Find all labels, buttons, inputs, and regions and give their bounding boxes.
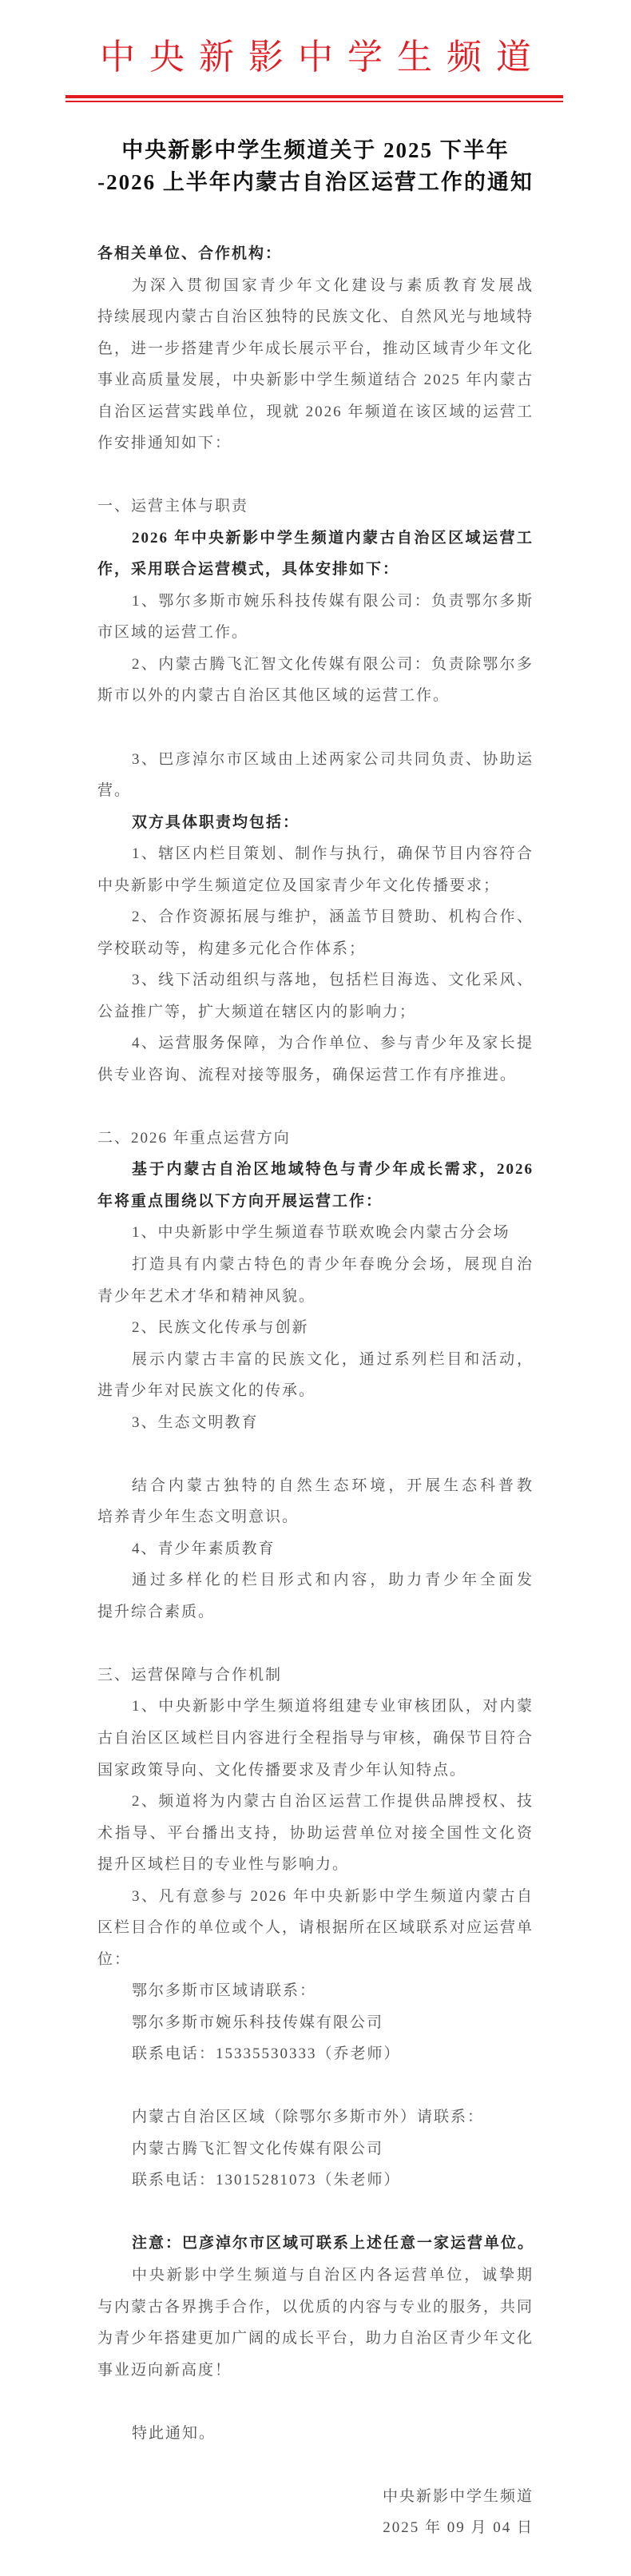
text-line: 2026 年中央新影中学生频道内蒙古自治区区域运营工 <box>97 523 534 555</box>
text-line: 位： <box>97 1944 534 1976</box>
text-line: 持续展现内蒙古自治区独特的民族文化、自然风光与地域特 <box>97 301 534 333</box>
contact: 鄂尔多斯市区域请联系： <box>97 1975 534 2007</box>
paragraph: 3、线下活动组织与落地，包括栏目海选、文化采风、公益推广等，扩大频道在辖区内的影… <box>97 964 534 1028</box>
text-line <box>97 712 534 744</box>
blank-line <box>97 1091 534 1123</box>
text-line: 3、巴彦淖尔市区域由上述两家公司共同负责、协助运 <box>97 744 534 776</box>
contact: 联系电话：13015281073（朱老师） <box>97 2165 534 2196</box>
sub-heading: 1、中央新影中学生频道春节联欢晚会内蒙古分会场 <box>97 1217 534 1249</box>
text-line <box>97 459 534 491</box>
text-line: 市区域的运营工作。 <box>97 617 534 649</box>
text-line: 营。 <box>97 775 534 807</box>
paragraph: 双方具体职责均包括： <box>97 807 534 839</box>
sub-heading: 3、生态文明教育 <box>97 1407 534 1439</box>
text-line: 展示内蒙古丰富的民族文化，通过系列栏目和活动，促 <box>97 1344 534 1376</box>
paragraph: 展示内蒙古丰富的民族文化，通过系列栏目和活动，促进青少年对民族文化的传承。 <box>97 1344 534 1407</box>
text-line: 区栏目合作的单位或个人，请根据所在区域联系对应运营单 <box>97 1912 534 1944</box>
text-line: 事业高质量发展，中央新影中学生频道结合 2025 年内蒙古 <box>97 364 534 396</box>
text-line: 2025 年 09 月 04 日 <box>97 2512 534 2544</box>
text-line: 1、中央新影中学生频道春节联欢晚会内蒙古分会场 <box>97 1217 534 1249</box>
text-line: 特此通知。 <box>97 2418 534 2450</box>
masthead-rule-thin <box>65 101 563 102</box>
text-line: 联系电话：15335530333（乔老师） <box>97 2038 534 2070</box>
blank-line <box>97 459 534 491</box>
text-line <box>97 1438 534 1470</box>
contact: 内蒙古自治区区域（除鄂尔多斯市外）请联系： <box>97 2101 534 2133</box>
text-line <box>97 2070 534 2102</box>
contact: 内蒙古腾飞汇智文化传媒有限公司 <box>97 2133 534 2165</box>
section-heading: 二、2026 年重点运营方向 <box>97 1123 534 1155</box>
text-line <box>97 2386 534 2418</box>
paragraph: 1、鄂尔多斯市婉乐科技传媒有限公司：负责鄂尔多斯市区域的运营工作。 <box>97 586 534 649</box>
text-line: 自治区运营实践单位，现就 2026 年频道在该区域的运营工 <box>97 396 534 428</box>
text-line: 与内蒙古各界携手合作，以优质的内容与专业的服务，共同 <box>97 2292 534 2324</box>
document-body: 各相关单位、合作机构：为深入贯彻国家青少年文化建设与素质教育发展战略，持续展现内… <box>97 238 534 2544</box>
date: 2025 年 09 月 04 日 <box>97 2512 534 2544</box>
paragraph: 1、辖区内栏目策划、制作与执行，确保节目内容符合中央新影中学生频道定位及国家青少… <box>97 838 534 901</box>
blank-line <box>97 712 534 744</box>
paragraph: 2、合作资源拓展与维护，涵盖节目赞助、机构合作、学校联动等，构建多元化合作体系； <box>97 901 534 964</box>
sub-heading: 2、民族文化传承与创新 <box>97 1312 534 1344</box>
text-line: 提升综合素质。 <box>97 1596 534 1628</box>
section-heading: 三、运营保障与合作机制 <box>97 1660 534 1691</box>
text-line: 作，采用联合运营模式，具体安排如下： <box>97 554 534 586</box>
text-line <box>97 1091 534 1123</box>
paragraph: 2、内蒙古腾飞汇智文化传媒有限公司：负责除鄂尔多斯市以外的内蒙古自治区其他区域的… <box>97 649 534 712</box>
text-line: 内蒙古腾飞汇智文化传媒有限公司 <box>97 2133 534 2165</box>
text-line: 打造具有内蒙古特色的青少年春晚分会场，展现自治区 <box>97 1249 534 1281</box>
paragraph: 2026 年中央新影中学生频道内蒙古自治区区域运营工作，采用联合运营模式，具体安… <box>97 523 534 586</box>
signature: 中央新影中学生频道 <box>97 2481 534 2513</box>
text-line <box>97 2449 534 2481</box>
paragraph: 1、中央新影中学生频道将组建专业审核团队，对内蒙古自治区区域栏目内容进行全程指导… <box>97 1691 534 1786</box>
text-line <box>97 2196 534 2228</box>
text-line: 三、运营保障与合作机制 <box>97 1660 534 1691</box>
text-line: 中央新影中学生频道与自治区内各运营单位，诚挚期待 <box>97 2260 534 2292</box>
text-line: 学校联动等，构建多元化合作体系； <box>97 933 534 965</box>
document-title-line-2: -2026 上半年内蒙古自治区运营工作的通知 <box>0 167 631 199</box>
paragraph: 通过多样化的栏目形式和内容，助力青少年全面发展，提升综合素质。 <box>97 1564 534 1628</box>
text-line: 色，进一步搭建青少年成长展示平台，推动区域青少年文化 <box>97 333 534 365</box>
contact: 联系电话：15335530333（乔老师） <box>97 2038 534 2070</box>
text-line: 中央新影中学生频道 <box>97 2481 534 2513</box>
text-line: 事业迈向新高度！ <box>97 2355 534 2387</box>
text-line: 3、线下活动组织与落地，包括栏目海选、文化采风、 <box>97 964 534 996</box>
text-line: 4、运营服务保障，为合作单位、参与青少年及家长提 <box>97 1028 534 1059</box>
text-line: 古自治区区域栏目内容进行全程指导与审核，确保节目符合 <box>97 1723 534 1755</box>
notice: 注意：巴彦淖尔市区域可联系上述任意一家运营单位。 <box>97 2228 534 2260</box>
text-line: 作安排通知如下： <box>97 427 534 459</box>
text-line: 公益推广等，扩大频道在辖区内的影响力； <box>97 996 534 1028</box>
text-line: 2、内蒙古腾飞汇智文化传媒有限公司：负责除鄂尔多 <box>97 649 534 681</box>
document-title: 中央新影中学生频道关于 2025 下半年 -2026 上半年内蒙古自治区运营工作… <box>0 135 631 198</box>
blank-line <box>97 2386 534 2418</box>
paragraph: 基于内蒙古自治区地域特色与青少年成长需求，2026年将重点围绕以下方向开展运营工… <box>97 1154 534 1217</box>
text-line: 一、运营主体与职责 <box>97 491 534 523</box>
text-line: 基于内蒙古自治区地域特色与青少年成长需求，2026 <box>97 1154 534 1186</box>
masthead-title: 中央新影中学生频道 <box>0 35 631 80</box>
paragraph: 打造具有内蒙古特色的青少年春晚分会场，展现自治区青少年艺术才华和精神风貌。 <box>97 1249 534 1312</box>
text-line: 年将重点围绕以下方向开展运营工作： <box>97 1186 534 1218</box>
text-line: 通过多样化的栏目形式和内容，助力青少年全面发展， <box>97 1564 534 1596</box>
text-line: 2、合作资源拓展与维护，涵盖节目赞助、机构合作、 <box>97 901 534 933</box>
text-line: 鄂尔多斯市婉乐科技传媒有限公司 <box>97 2007 534 2039</box>
blank-line <box>97 2196 534 2228</box>
text-line: 3、生态文明教育 <box>97 1407 534 1439</box>
text-line: 注意：巴彦淖尔市区域可联系上述任意一家运营单位。 <box>97 2228 534 2260</box>
text-line: 2、频道将为内蒙古自治区运营工作提供品牌授权、技 <box>97 1786 534 1818</box>
closing: 特此通知。 <box>97 2418 534 2450</box>
contact: 鄂尔多斯市婉乐科技传媒有限公司 <box>97 2007 534 2039</box>
paragraph: 4、运营服务保障，为合作单位、参与青少年及家长提供专业咨询、流程对接等服务，确保… <box>97 1028 534 1091</box>
paragraph: 3、巴彦淖尔市区域由上述两家公司共同负责、协助运营。 <box>97 744 534 807</box>
text-line: 2、民族文化传承与创新 <box>97 1312 534 1344</box>
text-line: 进青少年对民族文化的传承。 <box>97 1375 534 1407</box>
blank-line <box>97 2070 534 2102</box>
paragraph: 结合内蒙古独特的自然生态环境，开展生态科普教育，培养青少年生态文明意识。 <box>97 1470 534 1533</box>
paragraph: 中央新影中学生频道与自治区内各运营单位，诚挚期待与内蒙古各界携手合作，以优质的内… <box>97 2260 534 2386</box>
paragraph: 为深入贯彻国家青少年文化建设与素质教育发展战略，持续展现内蒙古自治区独特的民族文… <box>97 270 534 459</box>
text-line: 联系电话：13015281073（朱老师） <box>97 2165 534 2196</box>
text-line: 3、凡有意参与 2026 年中央新影中学生频道内蒙古自治 <box>97 1881 534 1913</box>
text-line: 供专业咨询、流程对接等服务，确保运营工作有序推进。 <box>97 1059 534 1091</box>
blank-line <box>97 1438 534 1470</box>
document-title-line-1: 中央新影中学生频道关于 2025 下半年 <box>0 135 631 167</box>
text-line: 内蒙古自治区区域（除鄂尔多斯市外）请联系： <box>97 2101 534 2133</box>
text-line: 4、青少年素质教育 <box>97 1533 534 1565</box>
text-line: 二、2026 年重点运营方向 <box>97 1123 534 1155</box>
text-line: 术指导、平台播出支持，协助运营单位对接全国性文化资源， <box>97 1818 534 1850</box>
paragraph: 3、凡有意参与 2026 年中央新影中学生频道内蒙古自治区栏目合作的单位或个人，… <box>97 1881 534 1976</box>
text-line: 1、中央新影中学生频道将组建专业审核团队，对内蒙 <box>97 1691 534 1723</box>
text-line: 斯市以外的内蒙古自治区其他区域的运营工作。 <box>97 680 534 712</box>
masthead-rule-thick <box>65 95 563 98</box>
section-heading: 一、运营主体与职责 <box>97 491 534 523</box>
text-line: 中央新影中学生频道定位及国家青少年文化传播要求； <box>97 870 534 902</box>
text-line: 国家政策导向、文化传播要求及青少年认知特点。 <box>97 1755 534 1787</box>
text-line: 双方具体职责均包括： <box>97 807 534 839</box>
text-line: 为青少年搭建更加广阔的成长平台，助力自治区青少年文化 <box>97 2323 534 2355</box>
blank-line <box>97 1628 534 1660</box>
text-line: 为深入贯彻国家青少年文化建设与素质教育发展战略， <box>97 270 534 302</box>
salutation: 各相关单位、合作机构： <box>97 238 534 270</box>
text-line: 各相关单位、合作机构： <box>97 238 534 270</box>
text-line: 1、辖区内栏目策划、制作与执行，确保节目内容符合 <box>97 838 534 870</box>
text-line: 1、鄂尔多斯市婉乐科技传媒有限公司：负责鄂尔多斯 <box>97 586 534 618</box>
text-line: 鄂尔多斯市区域请联系： <box>97 1975 534 2007</box>
text-line: 结合内蒙古独特的自然生态环境，开展生态科普教育， <box>97 1470 534 1502</box>
text-line: 培养青少年生态文明意识。 <box>97 1501 534 1533</box>
sub-heading: 4、青少年素质教育 <box>97 1533 534 1565</box>
text-line <box>97 1628 534 1660</box>
text-line: 提升区域栏目的专业性与影响力。 <box>97 1849 534 1881</box>
paragraph: 2、频道将为内蒙古自治区运营工作提供品牌授权、技术指导、平台播出支持，协助运营单… <box>97 1786 534 1881</box>
text-line: 青少年艺术才华和精神风貌。 <box>97 1281 534 1313</box>
blank-line <box>97 2449 534 2481</box>
